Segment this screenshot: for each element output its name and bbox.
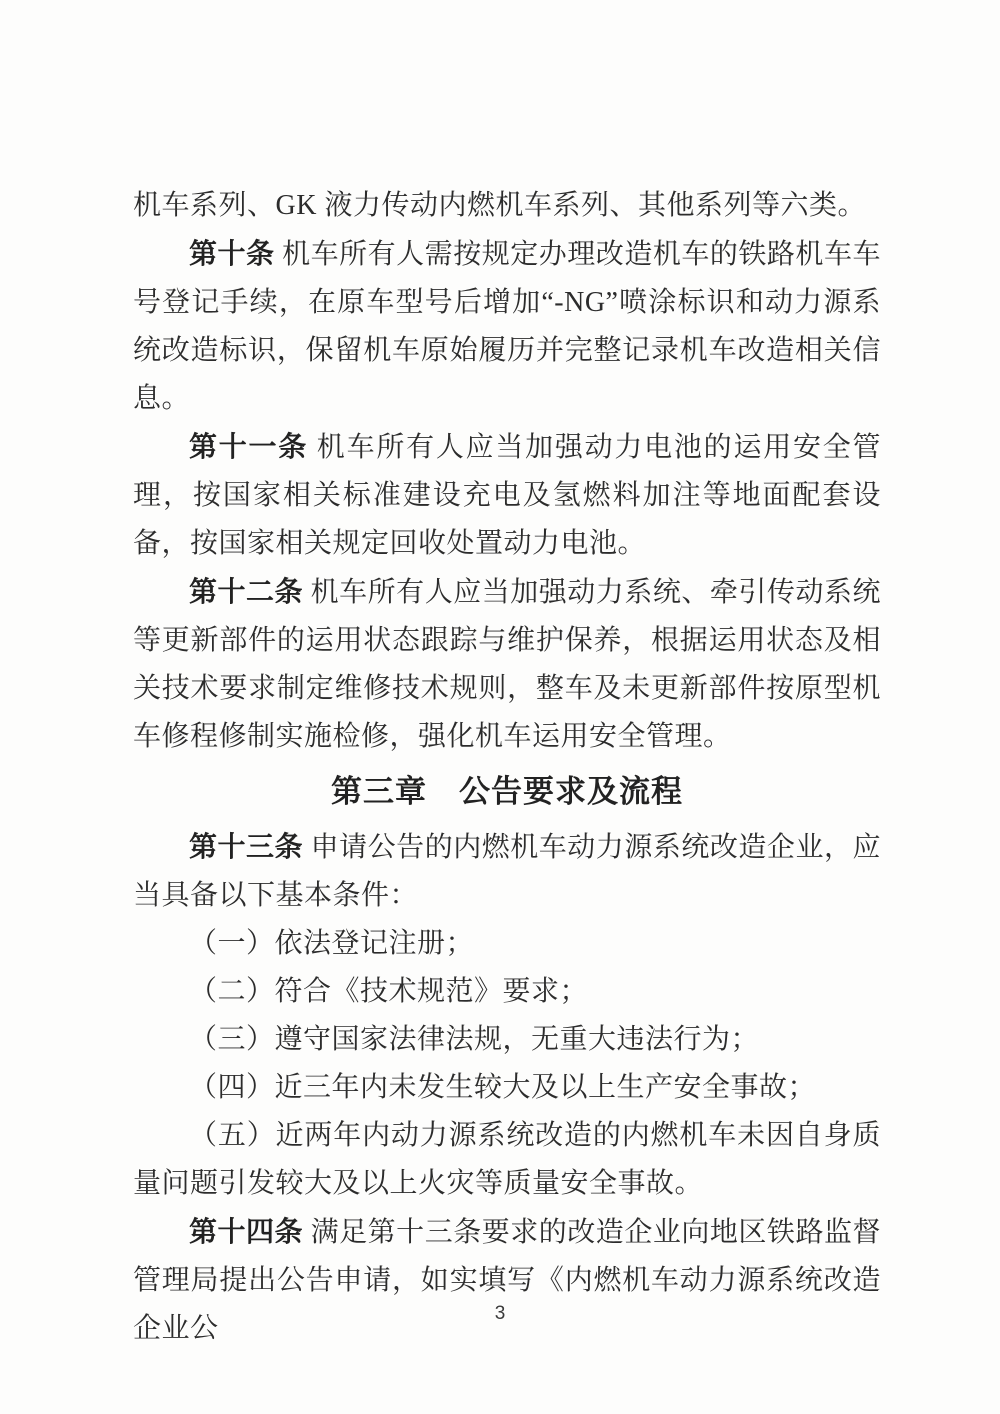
paragraph-text: （三）遵守国家法律法规，无重大违法行为； xyxy=(189,1024,759,1055)
paragraph: 第十三条 申请公告的内燃机车动力源系统改造企业，应当具备以下基本条件： xyxy=(133,823,881,920)
paragraph: （五）近两年内动力源系统改造的内燃机车未因自身质量问题引发较大及以上火灾等质量安… xyxy=(133,1112,881,1208)
article-number: 第十二条 xyxy=(189,576,303,607)
article-number: 第十三条 xyxy=(189,831,303,862)
paragraph: 第十一条 机车所有人应当加强动力电池的运用安全管理，按国家相关标准建设充电及氢燃… xyxy=(133,423,881,568)
paragraph-text: （二）符合《技术规范》要求； xyxy=(189,976,588,1007)
paragraph-text: 机车系列、GK 液力传动内燃机车系列、其他系列等六类。 xyxy=(133,190,866,221)
paragraph: 第十四条 满足第十三条要求的改造企业向地区铁路监督管理局提出公告申请，如实填写《… xyxy=(133,1208,881,1353)
document-body: 机车系列、GK 液力传动内燃机车系列、其他系列等六类。第十条 机车所有人需按规定… xyxy=(133,182,881,1353)
article-number: 第三章 公告要求及流程 xyxy=(331,774,683,809)
paragraph-text: （一）依法登记注册； xyxy=(189,928,474,959)
article-number: 第十条 xyxy=(189,238,275,269)
paragraph-text: （四）近三年内未发生较大及以上生产安全事故； xyxy=(189,1072,816,1103)
paragraph: （四）近三年内未发生较大及以上生产安全事故； xyxy=(133,1064,881,1112)
paragraph-text: （五）近两年内动力源系统改造的内燃机车未因自身质量问题引发较大及以上火灾等质量安… xyxy=(133,1120,881,1199)
article-number: 第十一条 xyxy=(189,431,308,462)
chapter-heading: 第三章 公告要求及流程 xyxy=(133,768,881,816)
paragraph: （一）依法登记注册； xyxy=(133,920,881,968)
paragraph: 机车系列、GK 液力传动内燃机车系列、其他系列等六类。 xyxy=(133,182,881,230)
page-number: 3 xyxy=(0,1300,1000,1328)
paragraph: 第十二条 机车所有人应当加强动力系统、牵引传动系统等更新部件的运用状态跟踪与维护… xyxy=(133,568,881,761)
page-canvas: 机车系列、GK 液力传动内燃机车系列、其他系列等六类。第十条 机车所有人需按规定… xyxy=(0,0,1000,1414)
paragraph: （三）遵守国家法律法规，无重大违法行为； xyxy=(133,1016,881,1064)
article-number: 第十四条 xyxy=(189,1216,303,1247)
paragraph: 第十条 机车所有人需按规定办理改造机车的铁路机车车号登记手续，在原车型号后增加“… xyxy=(133,230,881,423)
paragraph: （二）符合《技术规范》要求； xyxy=(133,968,881,1016)
scanned-document-page: { "page": { "number": "3", "background_c… xyxy=(0,0,1000,1414)
